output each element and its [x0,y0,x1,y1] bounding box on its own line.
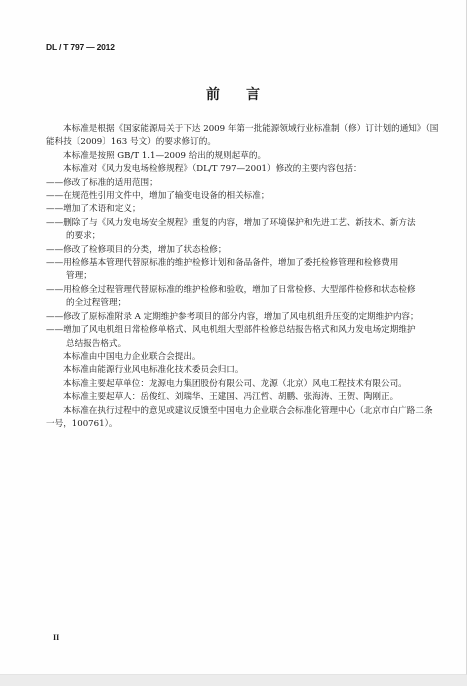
paragraph-drafters: 本标准主要起草人：岳俊红、刘瑞华、王建国、冯江哲、胡鹏、张海涛、王贺、陶刚正。 [46,391,426,404]
paragraph-drafting-units: 本标准主要起草单位：龙源电力集团股份有限公司、龙源（北京）风电工程技术有限公司。 [46,378,426,391]
paragraph-proposer: 本标准由中国电力企业联合会提出。 [46,351,426,364]
change-item-cont: 的要求； [46,230,426,243]
title-char-2: 言 [246,84,260,104]
document-page: DL / T 797 — 2012 前言 本标准是根据《国家能源局关于下达 20… [0,0,467,675]
change-item: ——删除了与《风力发电场安全规程》重复的内容，增加了环境保护和先进工艺、新技术、… [46,217,426,230]
change-item: ——在规范性引用文件中，增加了输变电设备的相关标准； [46,190,426,203]
paragraph-basis-cont: 能科技〔2009〕163 号文）的要求修订的。 [46,136,426,149]
change-item-cont: 总结报告格式。 [46,338,426,351]
change-item-cont: 的全过程管理； [46,297,426,310]
title-char-1: 前 [206,84,220,104]
change-item: ——增加了术语和定义； [46,203,426,216]
paragraph-basis: 本标准是根据《国家能源局关于下达 2009 年第一批能源领域行业标准制（修）订计… [46,123,426,136]
page-title: 前言 [0,84,466,104]
paragraph-drafting-rules: 本标准是按照 GB/T 1.1—2009 给出的规则起草的。 [46,150,426,163]
paragraph-changes-intro: 本标准对《风力发电场检修规程》（DL/T 797—2001）修改的主要内容包括： [46,163,426,176]
change-item: ——用检修全过程管理代替原标准的维护检修和验收，增加了日常检修、大型部件检修和状… [46,284,426,297]
paragraph-feedback: 本标准在执行过程中的意见或建议反馈至中国电力企业联合会标准化管理中心（北京市白广… [46,405,426,418]
paragraph-feedback-cont: 一号，100761）。 [46,418,426,431]
standard-code: DL / T 797 — 2012 [46,42,115,52]
paragraph-committee: 本标准由能源行业风电标准化技术委员会归口。 [46,364,426,377]
change-item: ——增加了风电机组日常检修单格式、风电机组大型部件检修总结报告格式和风力发电场定… [46,324,426,337]
foreword-body: 本标准是根据《国家能源局关于下达 2009 年第一批能源领域行业标准制（修）订计… [46,123,426,431]
change-item-cont: 管理； [46,270,426,283]
change-item: ——修改了标准的适用范围； [46,177,426,190]
change-item: ——修改了检修项目的分类，增加了状态检修； [46,244,426,257]
page-number: II [53,633,59,642]
change-item: ——修改了原标准附录 A 定期维护参考项目的部分内容，增加了风电机组升压变的定期… [46,311,426,324]
change-item: ——用检修基本管理代替原标准的维护检修计划和备品备件，增加了委托检修管理和检修费… [46,257,426,270]
